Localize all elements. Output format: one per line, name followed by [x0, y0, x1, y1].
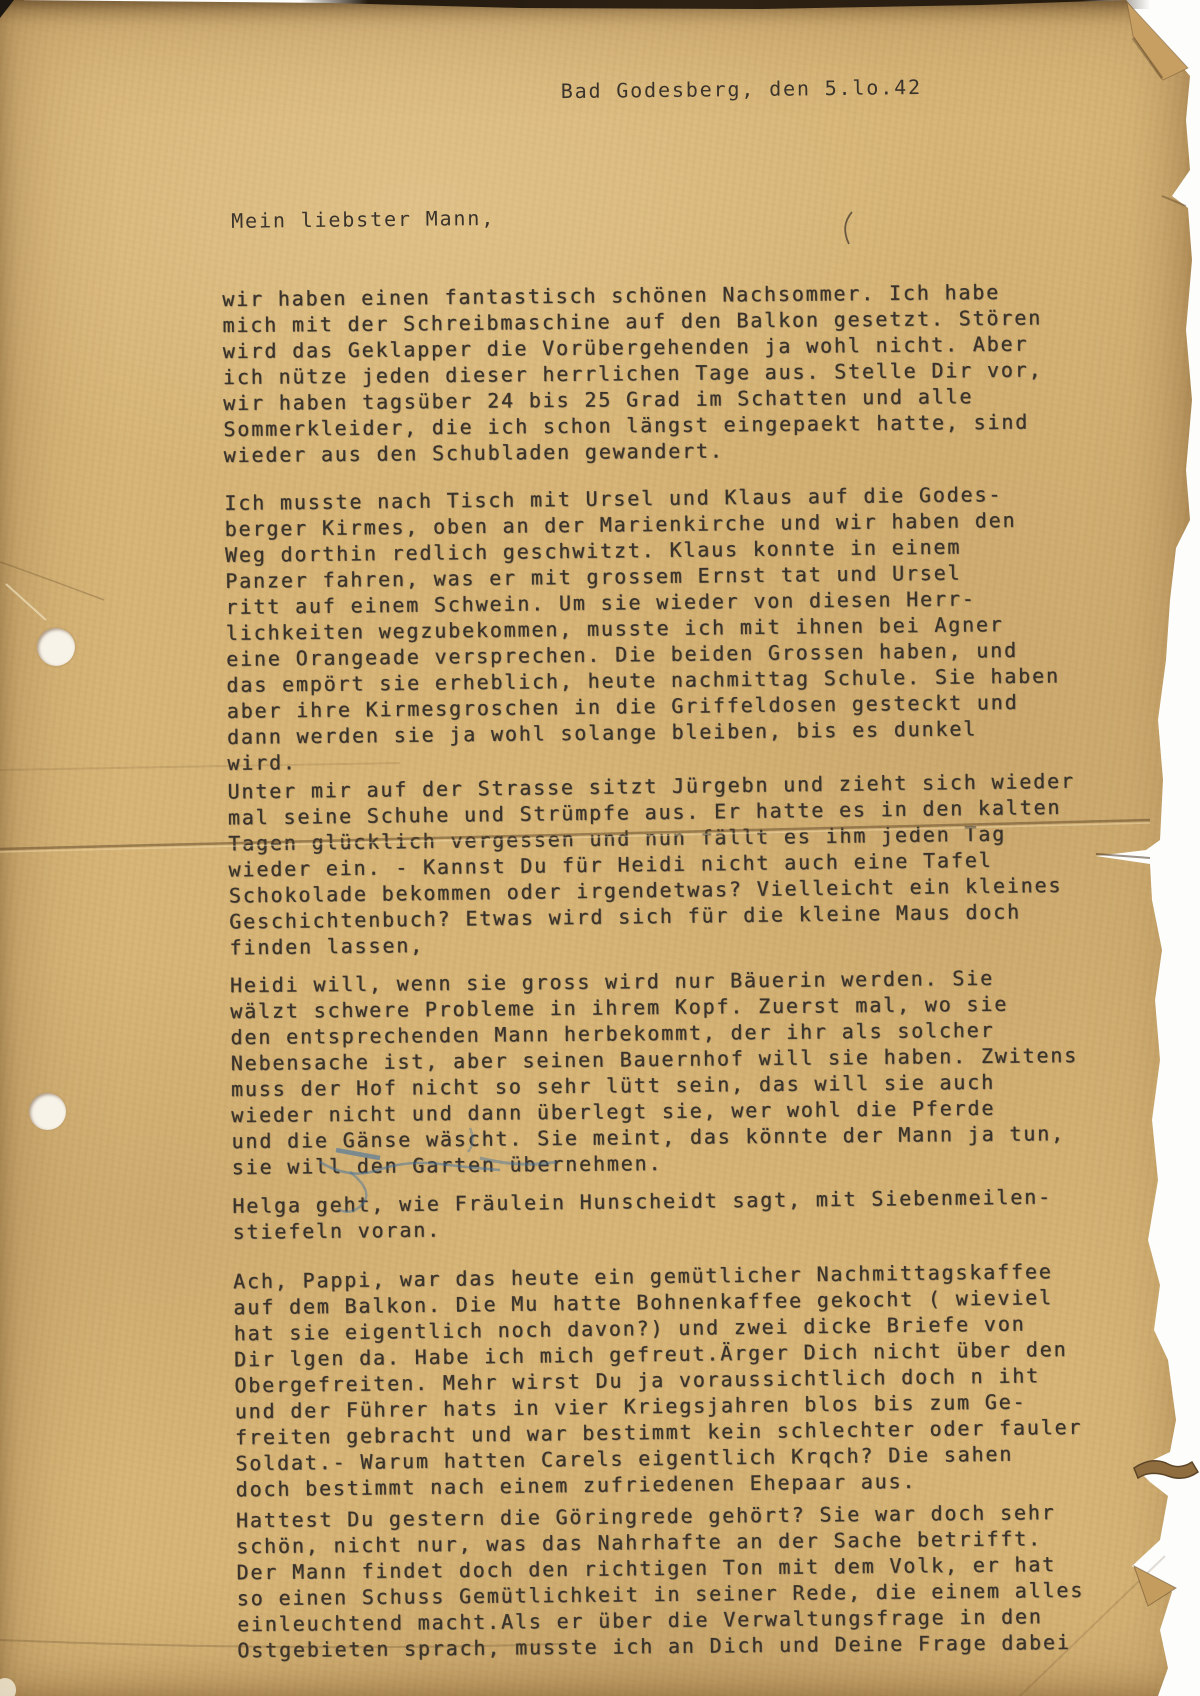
dateline: Bad Godesberg, den 5.lo.42 [561, 74, 922, 104]
paragraph-4: Heidi will, wenn sie gross wird nur Bäue… [230, 964, 1079, 1180]
paragraph-2: Ich musste nach Tisch mit Ursel und Klau… [224, 481, 1061, 776]
paragraph-3: Unter mir auf der Strasse sitzt Jürgebn … [227, 768, 1077, 961]
paragraph-6: Ach, Pappi, war das heute ein gemütliche… [233, 1258, 1083, 1502]
typewritten-text: Bad Godesberg, den 5.lo.42 Mein liebster… [0, 0, 1200, 1696]
paragraph-1: wir haben einen fantastisch schönen Nach… [222, 279, 1043, 469]
paragraph-5: Helga geht, wie Fräulein Hunscheidt sagt… [232, 1184, 1052, 1245]
salutation: Mein liebster Mann, [231, 205, 495, 234]
paragraph-7: Hattest Du gestern die Göringrede gehört… [236, 1499, 1085, 1663]
